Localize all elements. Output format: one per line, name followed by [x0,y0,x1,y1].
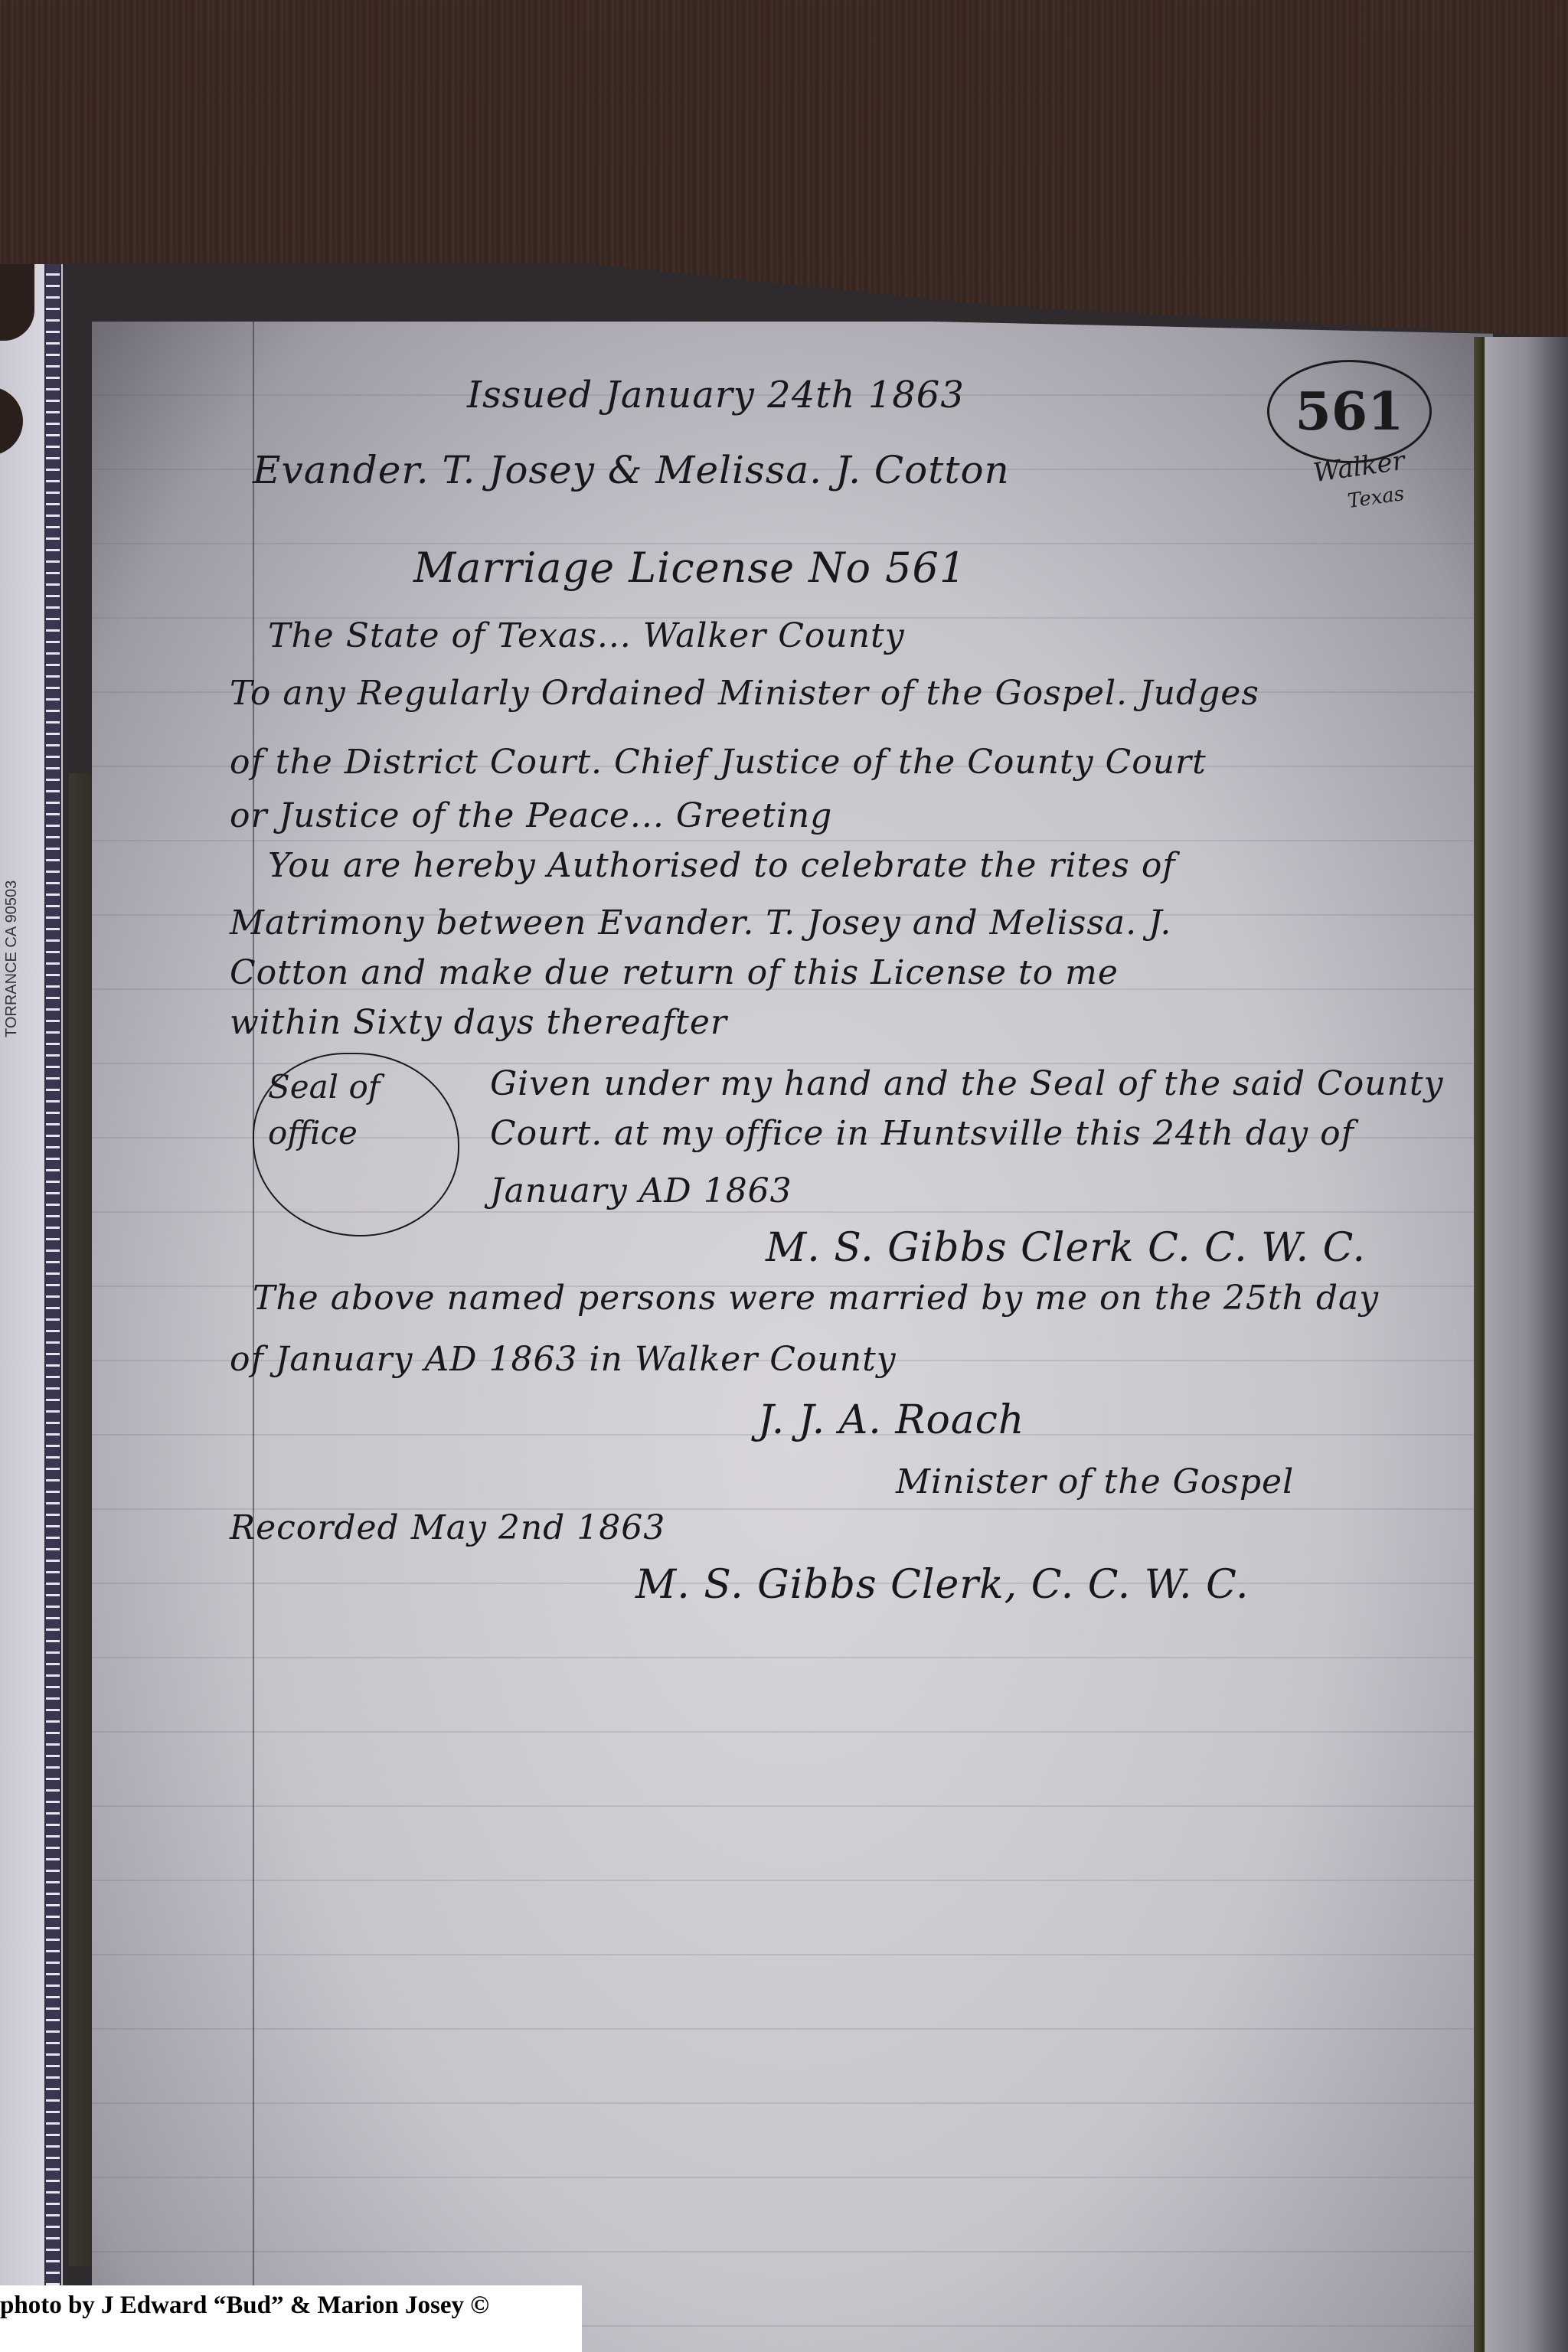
minister-title: Minister of the Gospel [896,1462,1294,1501]
address-line: or Justice of the Peace... Greeting [230,796,832,835]
clerk-signature: M. S. Gibbs Clerk C. C. W. C. [766,1225,1366,1271]
issued-date: Issued January 24th 1863 [467,374,965,416]
parties-names: Evander. T. Josey & Melissa. J. Cotton [253,448,1010,492]
recorded-date: Recorded May 2nd 1863 [230,1508,665,1547]
address-line: To any Regularly Ordained Minister of th… [230,674,1259,713]
minister-signature: J. J. A. Roach [758,1397,1024,1443]
license-title: Marriage License No 561 [413,544,966,592]
ledger-margin-line [253,322,254,2352]
attestation-line: Court. at my office in Huntsville this 2… [490,1114,1354,1153]
attestation-line: January AD 1863 [490,1171,792,1210]
address-line: of the District Court. Chief Justice of … [230,743,1207,782]
recorded-signature: M. S. Gibbs Clerk, C. C. W. C. [635,1562,1249,1608]
underlying-pages [1485,337,1568,2352]
authorization-line: within Sixty days thereafter [230,1003,727,1042]
photo-credit-text: photo by J Edward “Bud” & Marion Josey © [0,2292,582,2320]
record-number-stamp: 561 [1267,360,1432,463]
perforated-edge [44,264,61,2352]
return-line: of January AD 1863 in Walker County [230,1340,897,1379]
authorization-line: You are hereby Authorised to celebrate t… [268,846,1176,885]
attestation-line: Given under my hand and the Seal of the … [490,1064,1443,1103]
authorization-line: Cotton and make due return of this Licen… [230,953,1119,992]
return-line: The above named persons were married by … [253,1279,1379,1318]
jurisdiction: The State of Texas... Walker County [268,616,905,655]
authorization-line: Matrimony between Evander. T. Josey and … [230,903,1171,942]
binder-hole [0,264,34,341]
binder-hole [0,387,23,456]
vendor-imprint: TORRANCE CA 90503 [3,880,21,1037]
seal-text: office [268,1114,358,1151]
photo-credit: photo by J Edward “Bud” & Marion Josey © [0,2285,582,2352]
page-edge-shadow [1474,337,1485,2352]
seal-text: Seal of [268,1068,380,1106]
